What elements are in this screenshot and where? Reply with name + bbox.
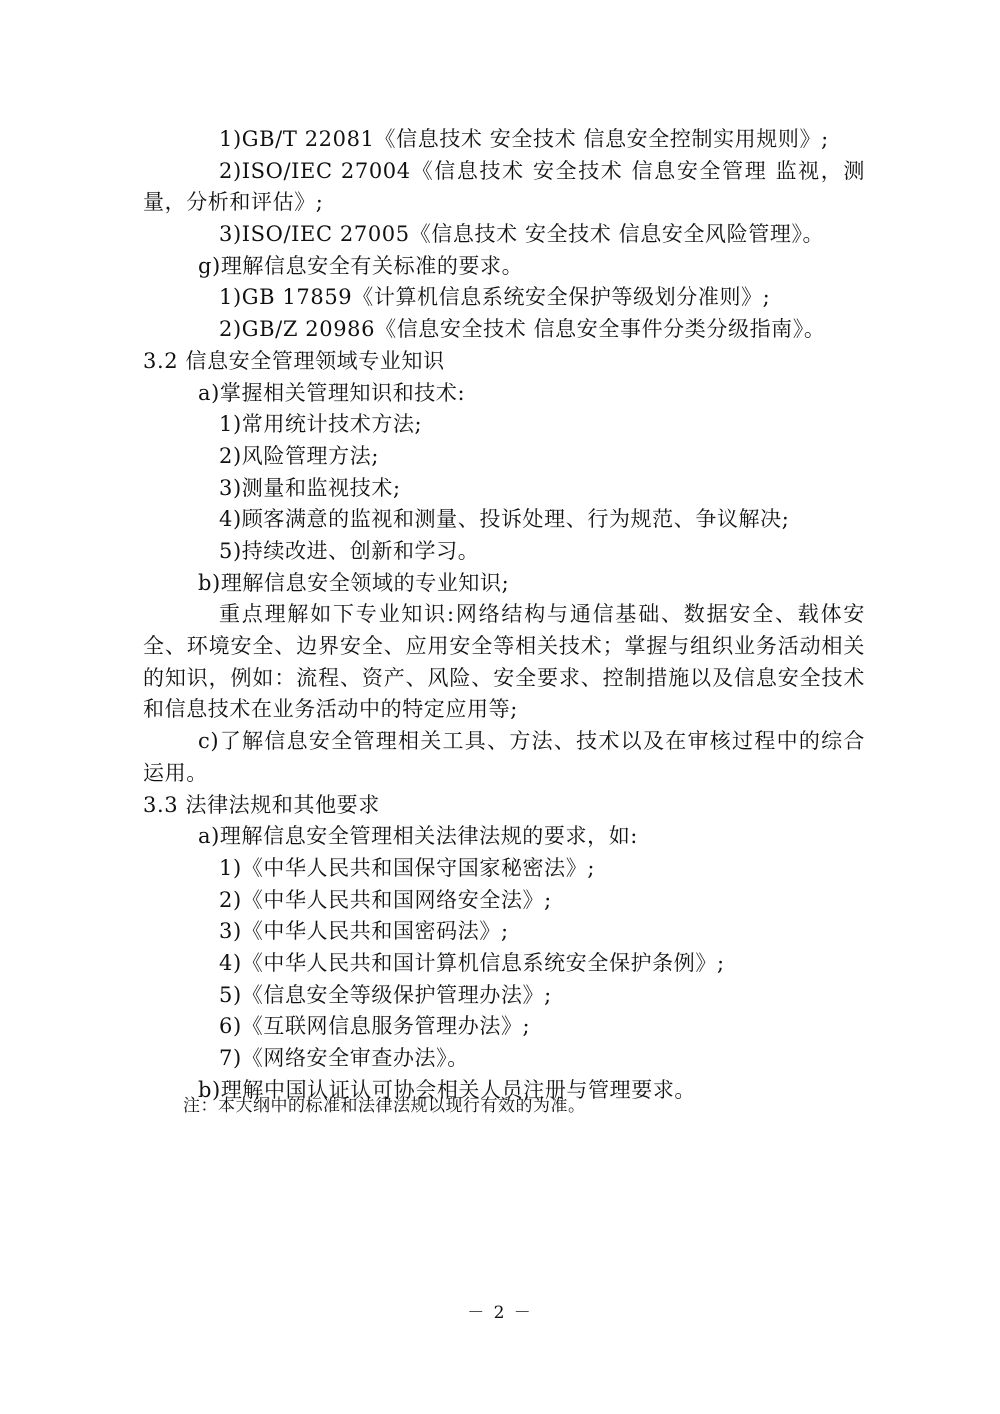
knowledge-item-5: 5)持续改进、创新和学习。	[143, 536, 865, 568]
law-item-5: 5)《信息安全等级保护管理办法》;	[143, 980, 865, 1012]
page-number: － 2 －	[0, 1298, 1000, 1323]
law-item-6: 6)《互联网信息服务管理办法》;	[143, 1011, 865, 1043]
knowledge-item-1: 1)常用统计技术方法;	[143, 409, 865, 441]
law-item-3: 3)《中华人民共和国密码法》;	[143, 916, 865, 948]
section-3-3-heading: 3.3 法律法规和其他要求	[143, 790, 865, 822]
law-item-1: 1)《中华人民共和国保守国家秘密法》;	[143, 853, 865, 885]
subsection-3-2-c-paragraph: c)了解信息安全管理相关工具、方法、技术以及在审核过程中的综合运用。	[143, 726, 865, 789]
subsection-3-3-a-heading: a)理解信息安全管理相关法律法规的要求，如:	[143, 821, 865, 853]
key-knowledge-paragraph: 重点理解如下专业知识:网络结构与通信基础、数据安全、载体安全、环境安全、边界安全…	[143, 599, 865, 726]
law-item-7: 7)《网络安全审查办法》。	[143, 1043, 865, 1075]
standard-item-gbt22081: 1)GB/T 22081《信息技术 安全技术 信息安全控制实用规则》;	[143, 124, 865, 156]
law-item-4: 4)《中华人民共和国计算机信息系统安全保护条例》;	[143, 948, 865, 980]
knowledge-item-2: 2)风险管理方法;	[143, 441, 865, 473]
standard-item-iso27005: 3)ISO/IEC 27005《信息技术 安全技术 信息安全风险管理》。	[143, 219, 865, 251]
footnote: 注：本大纲中的标准和法律法规以现行有效的为准。	[183, 1094, 586, 1118]
standard-item-gb17859: 1)GB 17859《计算机信息系统安全保护等级划分准则》;	[143, 282, 865, 314]
subsection-3-2-a-heading: a)掌握相关管理知识和技术:	[143, 378, 865, 410]
law-item-2: 2)《中华人民共和国网络安全法》;	[143, 885, 865, 917]
knowledge-item-4: 4)顾客满意的监视和测量、投诉处理、行为规范、争议解决;	[143, 504, 865, 536]
section-3-2-heading: 3.2 信息安全管理领域专业知识	[143, 346, 865, 378]
standard-item-iso27004: 2)ISO/IEC 27004《信息技术 安全技术 信息安全管理 监视，测量，分…	[143, 156, 865, 219]
document-body: 1)GB/T 22081《信息技术 安全技术 信息安全控制实用规则》; 2)IS…	[143, 124, 865, 1106]
knowledge-item-3: 3)测量和监视技术;	[143, 473, 865, 505]
standard-item-gbz20986: 2)GB/Z 20986《信息安全技术 信息安全事件分类分级指南》。	[143, 314, 865, 346]
subsection-g-heading: g)理解信息安全有关标准的要求。	[143, 251, 865, 283]
subsection-3-2-b-heading: b)理解信息安全领域的专业知识;	[143, 568, 865, 600]
